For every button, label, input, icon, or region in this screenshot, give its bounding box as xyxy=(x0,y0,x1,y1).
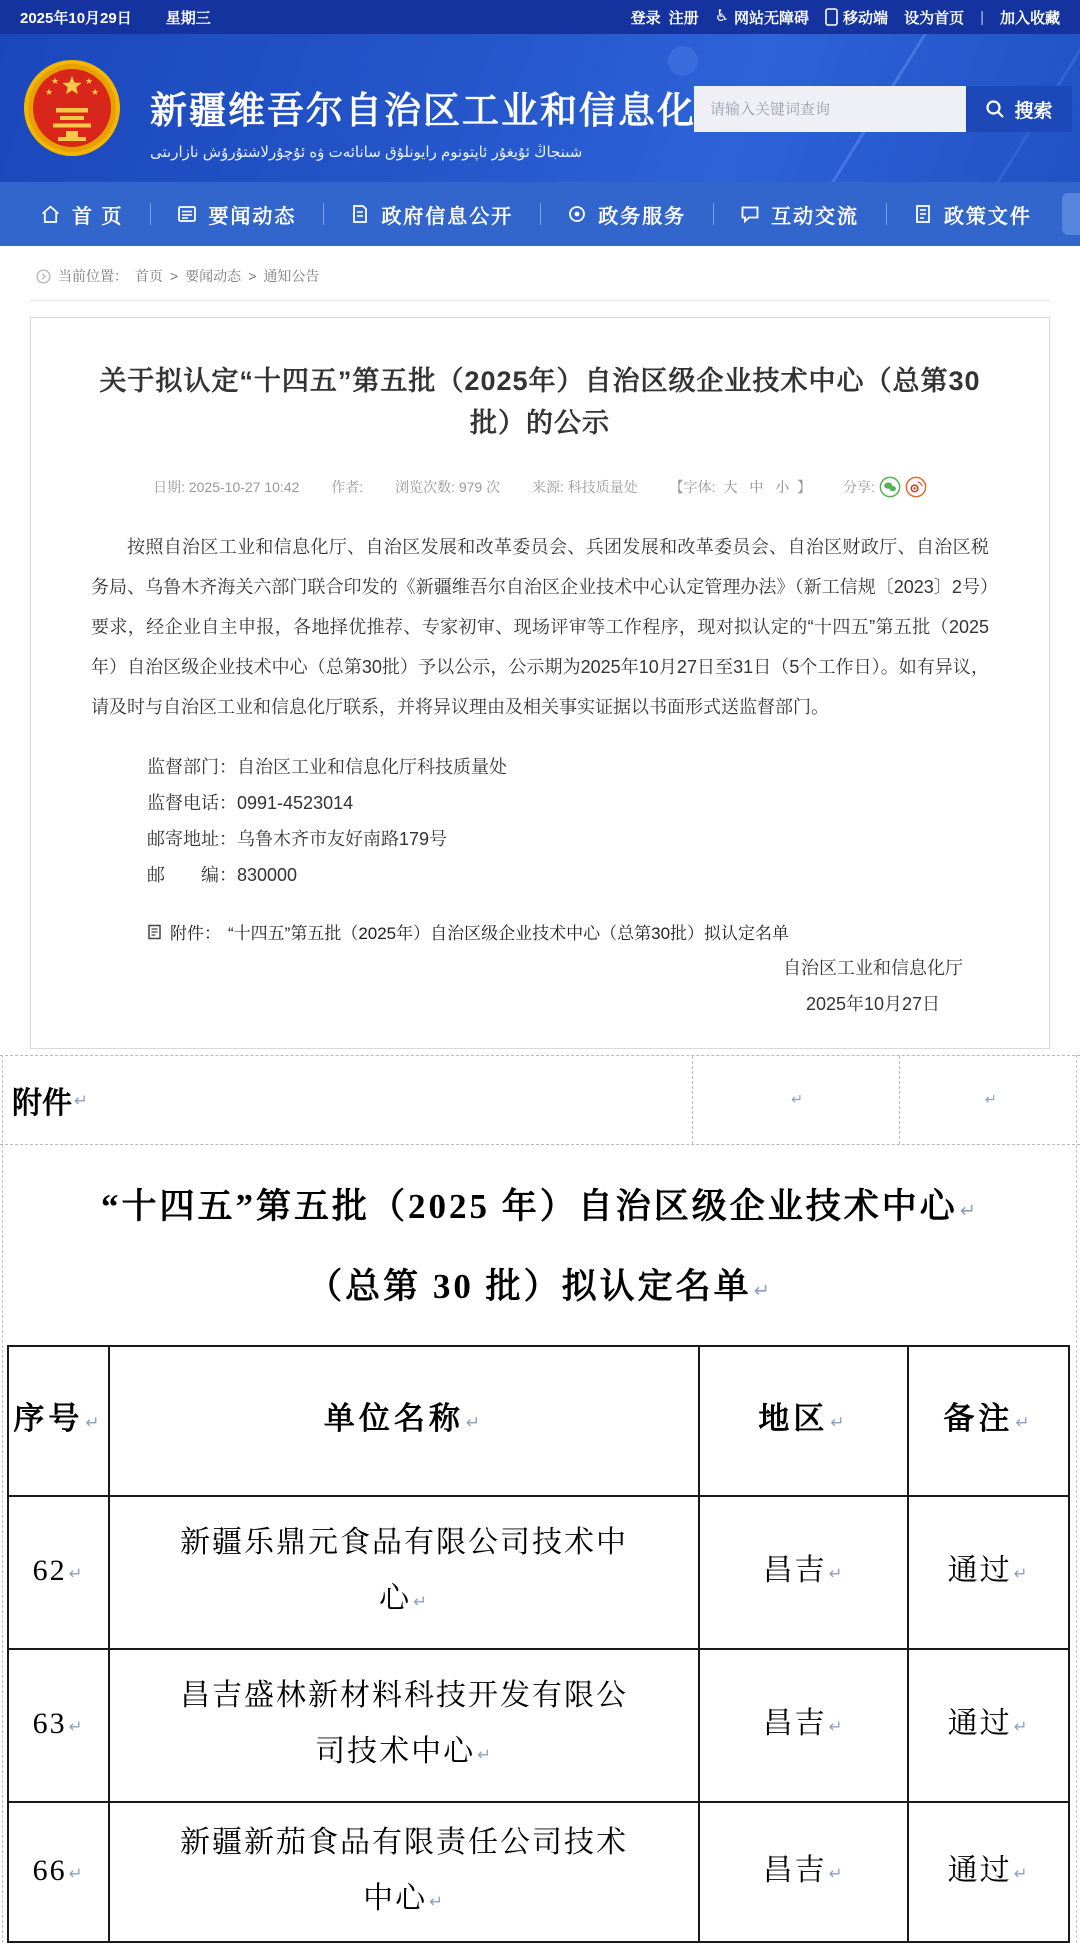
chat-icon xyxy=(740,204,760,224)
header-region: 地区↵ xyxy=(699,1346,908,1496)
table-row: 66↵ 新疆新茄食品有限责任公司技术中心↵ 昌吉↵ 通过↵ xyxy=(8,1802,1069,1942)
attachment-label: 附件： xyxy=(170,919,221,944)
postal-code: 邮 编：830000 xyxy=(147,857,989,893)
doc-empty-cell: ↵ xyxy=(899,1056,1080,1144)
signature-org: 自治区工业和信息化厅 xyxy=(783,950,963,986)
main-nav: 首 页 要闻动态 政府信息公开 政务服务 互动交流 政策文件 xyxy=(0,182,1080,246)
article-meta: 日期: 2025-10-27 10:42 作者: 浏览次数: 979 次 来源:… xyxy=(91,476,989,501)
search-icon xyxy=(985,99,1005,119)
topbar: 2025年10月29日 星期三 登录 注册 ♿ 网站无障碍 移动端 设为首页 |… xyxy=(0,0,1080,34)
decor-dot xyxy=(668,46,698,76)
news-icon xyxy=(177,204,197,224)
table-row: 62↵ 新疆乐鼎元食品有限公司技术中心↵ 昌吉↵ 通过↵ xyxy=(8,1496,1069,1649)
nav-item-services[interactable]: 政务服务 xyxy=(567,200,686,229)
site-subtitle-uyghur: شىنجاڭ ئۇيغۇر ئاپتونوم رايونلۇق سانائەت … xyxy=(150,143,735,161)
cell-remark: 通过↵ xyxy=(908,1496,1069,1649)
supervision-phone: 监督电话：0991-4523014 xyxy=(147,785,989,821)
home-icon xyxy=(40,204,61,225)
cell-serial: 62↵ xyxy=(8,1496,109,1649)
attachment-document-preview: 附件↵ ↵ ↵ “十四五”第五批（2025 年）自治区级企业技术中心↵ （总第 … xyxy=(0,1055,1080,1943)
accessibility-link[interactable]: ♿ 网站无障碍 xyxy=(715,7,809,28)
doc-title-line1: “十四五”第五批（2025 年）自治区级企业技术中心↵ xyxy=(0,1169,1080,1249)
article-body: 按照自治区工业和信息化厅、自治区发展和改革委员会、兵团发展和改革委员会、自治区财… xyxy=(91,527,989,727)
font-size-medium[interactable]: 中 xyxy=(749,479,763,495)
return-mark: ↵ xyxy=(74,1091,88,1110)
supervision-department: 监督部门：自治区工业和信息化厅科技质量处 xyxy=(147,749,989,785)
return-mark: ↵ xyxy=(985,1092,997,1108)
policy-file-icon xyxy=(913,204,933,224)
font-size-large[interactable]: 大 xyxy=(723,479,737,495)
nav-side-widget[interactable] xyxy=(1062,193,1080,235)
cell-region: 昌吉↵ xyxy=(699,1649,908,1802)
cell-region: 昌吉↵ xyxy=(699,1802,908,1942)
svg-text:★: ★ xyxy=(85,76,93,86)
breadcrumb: 当前位置： 首页 > 要闻动态 > 通知公告 xyxy=(30,246,1050,301)
nav-separator xyxy=(540,203,541,225)
publish-date: 2025-10-27 10:42 xyxy=(189,479,300,495)
current-date: 2025年10月29日 xyxy=(20,7,132,28)
cell-unit-name: 昌吉盛林新材料科技开发有限公司技术中心↵ xyxy=(109,1649,699,1802)
search-box: 搜索 xyxy=(694,86,1072,132)
mobile-phone-icon xyxy=(825,8,838,26)
return-mark: ↵ xyxy=(791,1092,803,1108)
wheelchair-icon: ♿ xyxy=(715,9,729,25)
topbar-divider: | xyxy=(980,9,984,26)
attachment-link[interactable]: “十四五”第五批（2025年）自治区级企业技术中心（总第30批）拟认定名单 xyxy=(228,919,789,944)
register-link[interactable]: 注册 xyxy=(669,7,699,28)
breadcrumb-label: 当前位置： xyxy=(58,266,128,286)
nav-item-news[interactable]: 要闻动态 xyxy=(177,200,296,229)
breadcrumb-home[interactable]: 首页 xyxy=(135,266,163,286)
doc-attachment-header-row: 附件↵ ↵ ↵ xyxy=(0,1055,1080,1145)
cell-region: 昌吉↵ xyxy=(699,1496,908,1649)
set-home-link[interactable]: 设为首页 xyxy=(904,7,964,28)
return-mark: ↵ xyxy=(754,1279,773,1302)
font-size-small[interactable]: 小 xyxy=(775,479,789,495)
mailing-address: 邮寄地址：乌鲁木齐市友好南路179号 xyxy=(147,821,989,857)
nav-separator xyxy=(150,203,151,225)
author-label: 作者: xyxy=(331,479,363,495)
view-count: 979 xyxy=(459,479,482,495)
nav-item-home[interactable]: 首 页 xyxy=(40,200,124,229)
attachment-icon xyxy=(147,924,163,940)
svg-text:★: ★ xyxy=(51,76,59,86)
cell-serial: 66↵ xyxy=(8,1802,109,1942)
nav-item-info-disclosure[interactable]: 政府信息公开 xyxy=(350,200,513,229)
article-title: 关于拟认定“十四五”第五批（2025年）自治区级企业技术中心（总第30批）的公示 xyxy=(91,360,989,444)
header-remark: 备注↵ xyxy=(908,1346,1069,1496)
document-icon xyxy=(350,204,370,224)
header-unit-name: 单位名称↵ xyxy=(109,1346,699,1496)
doc-title: “十四五”第五批（2025 年）自治区级企业技术中心↵ （总第 30 批）拟认定… xyxy=(0,1169,1080,1329)
service-icon xyxy=(567,204,587,224)
login-link[interactable]: 登录 xyxy=(631,7,661,28)
national-emblem-logo: ★ ★ ★ ★ xyxy=(22,58,122,158)
body-paragraph: 按照自治区工业和信息化厅、自治区发展和改革委员会、兵团发展和改革委员会、自治区财… xyxy=(91,527,989,727)
mobile-link[interactable]: 移动端 xyxy=(825,7,888,28)
cell-remark: 通过↵ xyxy=(908,1649,1069,1802)
signature-date: 2025年10月27日 xyxy=(783,986,963,1022)
nav-separator xyxy=(323,203,324,225)
svg-text:★: ★ xyxy=(45,87,53,97)
contact-block: 监督部门：自治区工业和信息化厅科技质量处 监督电话：0991-4523014 邮… xyxy=(147,749,989,893)
doc-title-line2: （总第 30 批）拟认定名单↵ xyxy=(0,1249,1080,1329)
article-signature: 自治区工业和信息化厅 2025年10月27日 xyxy=(783,950,963,1022)
nav-separator xyxy=(713,203,714,225)
favorite-link[interactable]: 加入收藏 xyxy=(1000,7,1060,28)
doc-empty-cell: ↵ xyxy=(692,1056,898,1144)
return-mark: ↵ xyxy=(960,1199,979,1222)
table-row: 63↵ 昌吉盛林新材料科技开发有限公司技术中心↵ 昌吉↵ 通过↵ xyxy=(8,1649,1069,1802)
table-header-row: 序号↵ 单位名称↵ 地区↵ 备注↵ xyxy=(8,1346,1069,1496)
article-card: 关于拟认定“十四五”第五批（2025年）自治区级企业技术中心（总第30批）的公示… xyxy=(30,317,1050,1049)
breadcrumb-news[interactable]: 要闻动态 xyxy=(185,266,241,286)
source-department: 科技质量处 xyxy=(568,479,638,495)
nav-separator xyxy=(886,203,887,225)
current-weekday: 星期三 xyxy=(166,7,211,28)
svg-text:★: ★ xyxy=(91,87,99,97)
cell-unit-name: 新疆新茄食品有限责任公司技术中心↵ xyxy=(109,1802,699,1942)
location-icon xyxy=(36,269,51,284)
nav-item-policy[interactable]: 政策文件 xyxy=(913,200,1032,229)
share-weibo-icon[interactable] xyxy=(905,476,927,501)
cell-unit-name: 新疆乐鼎元食品有限公司技术中心↵ xyxy=(109,1496,699,1649)
site-header: ★ ★ ★ ★ 新疆维吾尔自治区工业和信息化厅 شىنجاڭ ئۇيغۇر ئا… xyxy=(0,34,1080,182)
site-title: 新疆维吾尔自治区工业和信息化厅 xyxy=(150,80,735,134)
search-button[interactable]: 搜索 xyxy=(966,86,1072,132)
cell-remark: 通过↵ xyxy=(908,1802,1069,1942)
cell-serial: 63↵ xyxy=(8,1649,109,1802)
header-serial: 序号↵ xyxy=(8,1346,109,1496)
share-wechat-icon[interactable] xyxy=(879,476,901,501)
approved-centers-table: 序号↵ 单位名称↵ 地区↵ 备注↵ 62↵ 新疆乐鼎元食品有限公司技术中心↵ 昌… xyxy=(7,1345,1070,1943)
breadcrumb-notices[interactable]: 通知公告 xyxy=(263,266,319,286)
doc-attachment-heading: 附件↵ xyxy=(0,1056,692,1144)
attachment-line: 附件： “十四五”第五批（2025年）自治区级企业技术中心（总第30批）拟认定名… xyxy=(147,919,989,944)
nav-item-interaction[interactable]: 互动交流 xyxy=(740,200,859,229)
search-input[interactable] xyxy=(694,86,966,132)
